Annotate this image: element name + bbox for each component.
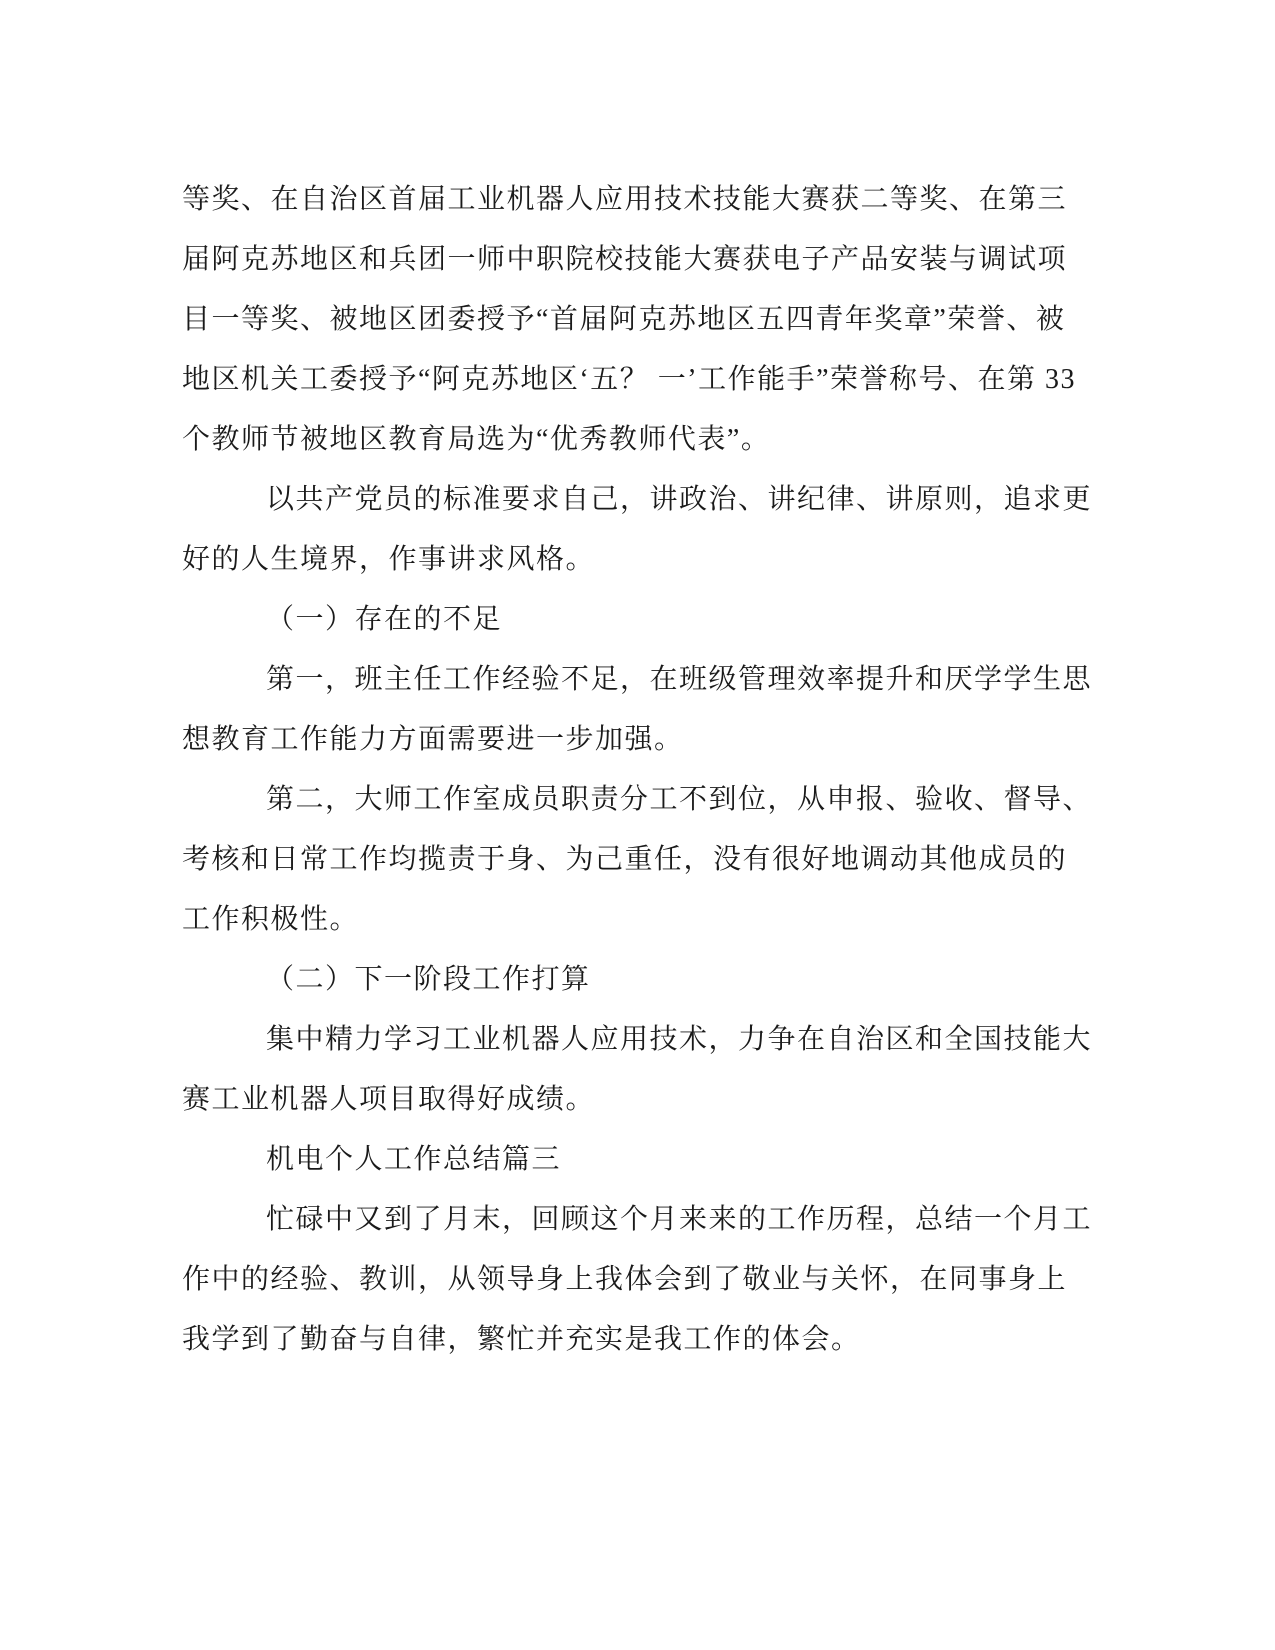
text-line: 以共产党员的标准要求自己，讲政治、讲纪律、讲原则，追求更 xyxy=(182,470,1097,530)
text-line: 机电个人工作总结篇三 xyxy=(182,1130,1097,1190)
text-line: 工作积极性。 xyxy=(182,890,1097,950)
text-line: 想教育工作能力方面需要进一步加强。 xyxy=(182,710,1097,770)
text-line: 好的人生境界，作事讲求风格。 xyxy=(182,530,1097,590)
text-line: 考核和日常工作均揽责于身、为己重任，没有很好地调动其他成员的 xyxy=(182,830,1097,890)
document-page: 等奖、在自治区首届工业机器人应用技术技能大赛获二等奖、在第三届阿克苏地区和兵团一… xyxy=(0,0,1275,1650)
text-line: 届阿克苏地区和兵团一师中职院校技能大赛获电子产品安装与调试项 xyxy=(182,230,1097,290)
text-line: 作中的经验、教训，从领导身上我体会到了敬业与关怀，在同事身上 xyxy=(182,1250,1097,1310)
text-line: （一）存在的不足 xyxy=(182,590,1097,650)
text-line: 等奖、在自治区首届工业机器人应用技术技能大赛获二等奖、在第三 xyxy=(182,170,1097,230)
document-body: 等奖、在自治区首届工业机器人应用技术技能大赛获二等奖、在第三届阿克苏地区和兵团一… xyxy=(182,170,1097,1370)
text-line: 集中精力学习工业机器人应用技术，力争在自治区和全国技能大 xyxy=(182,1010,1097,1070)
text-line: 我学到了勤奋与自律，繁忙并充实是我工作的体会。 xyxy=(182,1310,1097,1370)
text-line: 第二，大师工作室成员职责分工不到位，从申报、验收、督导、 xyxy=(182,770,1097,830)
text-line: 赛工业机器人项目取得好成绩。 xyxy=(182,1070,1097,1130)
text-line: 第一，班主任工作经验不足，在班级管理效率提升和厌学学生思 xyxy=(182,650,1097,710)
text-line: 个教师节被地区教育局选为“优秀教师代表”。 xyxy=(182,410,1097,470)
text-line: 地区机关工委授予“阿克苏地区‘五？ 一’工作能手”荣誉称号、在第 33 xyxy=(182,350,1097,410)
text-line: 忙碌中又到了月末，回顾这个月来来的工作历程，总结一个月工 xyxy=(182,1190,1097,1250)
text-line: （二）下一阶段工作打算 xyxy=(182,950,1097,1010)
text-line: 目一等奖、被地区团委授予“首届阿克苏地区五四青年奖章”荣誉、被 xyxy=(182,290,1097,350)
